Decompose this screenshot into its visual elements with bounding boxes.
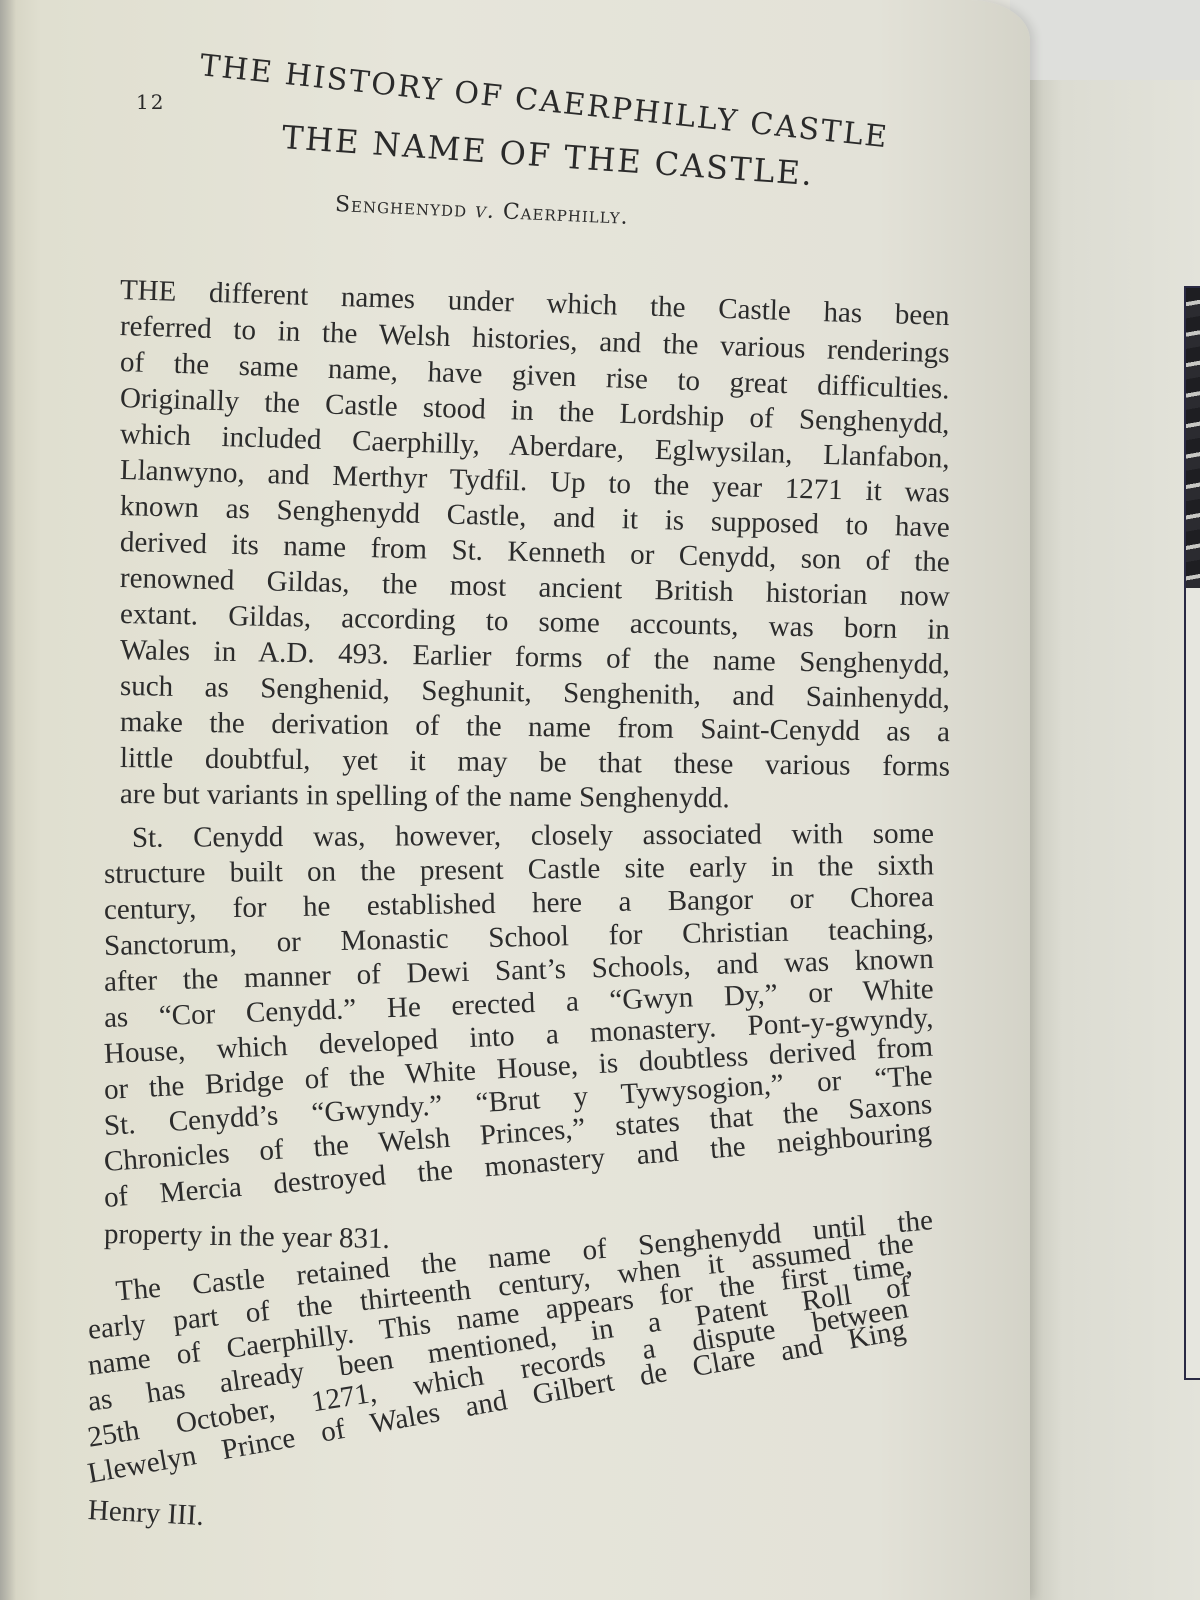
- illustration-image: [1186, 288, 1200, 588]
- subtitle-right: Caerphilly.: [502, 199, 629, 229]
- facing-page: [1028, 80, 1200, 1600]
- paragraph-2: St. Cenydd was, however, closely associa…: [104, 820, 934, 1252]
- spine-shadow: [0, 0, 16, 1600]
- page-number: 12: [136, 90, 165, 114]
- book-photo: 12 THE HISTORY OF CAERPHILLY CASTLE THE …: [0, 0, 1200, 1600]
- subtitle-left: Senghenydd: [334, 192, 467, 223]
- text-line: Henry III.: [87, 1492, 918, 1571]
- paragraph-1: THE different names under which the Cast…: [120, 272, 950, 812]
- text-line: are but variants in spelling of the name…: [120, 776, 950, 818]
- section-subtitle: Senghenydd v. Caerphilly.: [334, 192, 629, 230]
- background-surface: [1010, 0, 1200, 85]
- book-page: 12 THE HISTORY OF CAERPHILLY CASTLE THE …: [0, 0, 1030, 1600]
- facing-page-illustration-plate: [1184, 286, 1200, 1380]
- paragraph-3: The Castle retained the name of Sengheny…: [88, 1276, 918, 1528]
- subtitle-versus: v.: [475, 198, 496, 224]
